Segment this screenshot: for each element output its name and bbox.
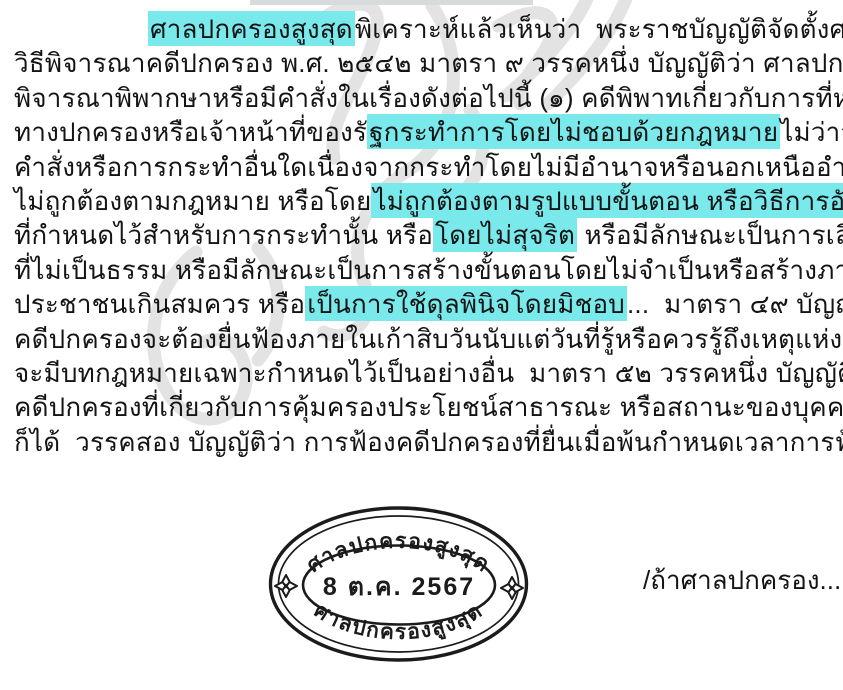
court-stamp: ศาลปกครองสูงสุด ศาลปกครองสูงสุด 8 ต.ค. 2… [267, 505, 530, 663]
text-line: ทางปกครองหรือเจ้าหน้าที่ของรัฐกระทำการโด… [14, 115, 836, 149]
flower-ornament-right [501, 577, 523, 599]
stamp-date: 8 ต.ค. 2567 [323, 573, 475, 601]
stamp-bottom-text: ศาลปกครองสูงสุด [310, 599, 487, 644]
text-line: ประชาชนเกินสมควร หรือเป็นการใช้ดุลพินิจโ… [14, 287, 836, 321]
text-line: พิจารณาพิพากษาหรือมีคำสั่งในเรื่องดังต่อ… [14, 81, 836, 115]
continuation-note: /ถ้าศาลปกครอง... [643, 560, 841, 601]
text-line: คดีปกครองจะต้องยื่นฟ้องภายในเก้าสิบวันนั… [14, 322, 836, 356]
text-segment: ไม่ถูกต้องตามกฎหมาย หรือโดย [14, 186, 371, 216]
highlighted-text: ไม่ถูกต้องตามรูปแบบขั้นตอน หรือวิธีการอั… [371, 183, 843, 218]
text-line: ศาลปกครองสูงสุดพิเคราะห์แล้วเห็นว่า พระร… [14, 12, 836, 46]
highlighted-text: ฐกระทำการโดยไม่ชอบด้วยกฎหมาย [367, 114, 780, 149]
highlighted-text: ศาลปกครองสูงสุด [148, 11, 355, 46]
highlighted-text: โดยไม่สุจริต [433, 217, 577, 252]
document-page: ศาลปกครองสูงสุดพิเคราะห์แล้วเห็นว่า พระร… [0, 0, 843, 690]
text-segment: ... มาตรา ๔๙ บัญญัติว่า การฟ้อง [627, 289, 843, 319]
text-segment: ที่กำหนดไว้สำหรับการกระทำนั้น หรือ [14, 220, 433, 250]
text-segment: ประชาชนเกินสมควร หรือ [14, 289, 305, 319]
text-segment: ที่ไม่เป็นธรรม หรือมีลักษณะเป็นการสร้างข… [14, 255, 843, 285]
text-segment: วิธีพิจารณาคดีปกครอง พ.ศ. ๒๕๔๒ มาตรา ๙ ว… [14, 48, 843, 78]
text-line: ก็ได้ วรรคสอง บัญญัติว่า การฟ้องคดีปกครอ… [14, 425, 836, 459]
text-segment: หรือมีลักษณะเป็นการเลือกปฏิบัติ [577, 220, 843, 250]
top-edge-artifact [250, 0, 533, 5]
text-segment: คำสั่งหรือการกระทำอื่นใดเนื่องจากกระทำโด… [14, 152, 843, 182]
text-segment: พิเคราะห์แล้วเห็นว่า พระราชบัญญัติจัดตั้… [355, 14, 843, 44]
text-line: คดีปกครองที่เกี่ยวกับการคุ้มครองประโยชน์… [14, 390, 836, 424]
text-line: คำสั่งหรือการกระทำอื่นใดเนื่องจากกระทำโด… [14, 150, 836, 184]
highlighted-text: เป็นการใช้ดุลพินิจโดยมิชอบ [305, 286, 627, 321]
text-line: ที่ไม่เป็นธรรม หรือมีลักษณะเป็นการสร้างข… [14, 253, 836, 287]
document-lines: ศาลปกครองสูงสุดพิเคราะห์แล้วเห็นว่า พระร… [14, 12, 836, 459]
text-segment: ไม่ว่าจะเป็นการออกกฎ [780, 117, 843, 147]
text-segment: ทางปกครองหรือเจ้าหน้าที่ของรั [14, 117, 367, 147]
text-segment: ก็ได้ วรรคสอง บัญญัติว่า การฟ้องคดีปกครอ… [14, 427, 843, 457]
text-segment: พิจารณาพิพากษาหรือมีคำสั่งในเรื่องดังต่อ… [14, 83, 843, 113]
text-line: วิธีพิจารณาคดีปกครอง พ.ศ. ๒๕๔๒ มาตรา ๙ ว… [14, 46, 836, 80]
text-line: ที่กำหนดไว้สำหรับการกระทำนั้น หรือโดยไม่… [14, 218, 836, 252]
text-line: จะมีบทกฎหมายเฉพาะกำหนดไว้เป็นอย่างอื่น ม… [14, 356, 836, 390]
stamp-top-text: ศาลปกครองสูงสุด [303, 530, 495, 577]
text-line: ไม่ถูกต้องตามกฎหมาย หรือโดยไม่ถูกต้องตาม… [14, 184, 836, 218]
text-segment: คดีปกครองที่เกี่ยวกับการคุ้มครองประโยชน์… [14, 392, 843, 422]
text-segment: คดีปกครองจะต้องยื่นฟ้องภายในเก้าสิบวันนั… [14, 324, 843, 354]
text-segment: จะมีบทกฎหมายเฉพาะกำหนดไว้เป็นอย่างอื่น ม… [14, 358, 843, 388]
